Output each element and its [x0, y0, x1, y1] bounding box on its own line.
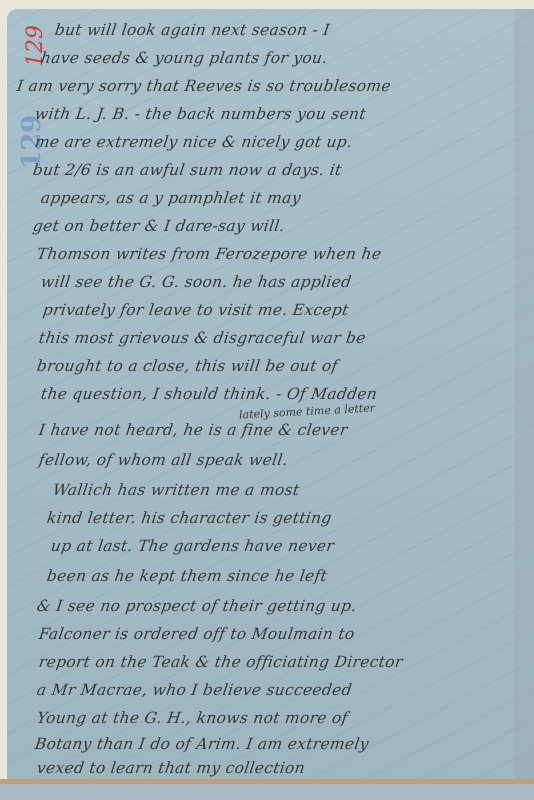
text-line: Botany than I do of Arim. I am extremely	[34, 735, 370, 753]
text-line: & I see no prospect of their getting up.	[36, 597, 358, 615]
page-edge-shadow	[515, 9, 534, 779]
text-line: Falconer is ordered off to Moulmain to	[38, 625, 356, 643]
text-line: report on the Teak & the officiating Dir…	[38, 653, 404, 671]
text-line: the question, I should think. - Of Madde…	[40, 385, 379, 403]
text-line: Wallich has written me a most	[52, 481, 301, 499]
text-line: but 2/6 is an awful sum now a days. it	[32, 161, 343, 179]
text-line: with L. J. B. - the back numbers you sen…	[34, 105, 367, 123]
text-line: kind letter. his character is getting	[46, 509, 333, 527]
text-line: privately for leave to visit me. Except	[42, 301, 350, 319]
text-line: vexed to learn that my collection	[36, 759, 307, 777]
text-line: a Mr Macrae, who I believe succeeded	[36, 681, 353, 699]
text-line: up at last. The gardens have never	[50, 537, 336, 555]
text-line: Young at the G. H., knows not more of	[36, 709, 349, 727]
text-line: have seeds & young plants for you.	[40, 49, 329, 67]
text-line: but will look again next season - I	[54, 21, 331, 39]
manuscript-page: 129 129 but will look again next season …	[7, 9, 534, 779]
text-line: brought to a close, this will be out of	[36, 357, 339, 375]
text-line: appears, as a y pamphlet it may	[40, 189, 302, 207]
next-page-edge	[0, 784, 534, 800]
text-line: been as he kept them since he left	[46, 567, 329, 585]
text-line: I am very sorry that Reeves is so troubl…	[16, 77, 392, 95]
text-line: get on better & I dare-say will.	[32, 217, 286, 235]
text-line: I have not heard, he is a fine & clever	[38, 421, 349, 439]
text-line: fellow, of whom all speak well.	[38, 451, 289, 469]
text-line: this most grievous & disgraceful war be	[38, 329, 367, 347]
text-line: me are extremely nice & nicely got up.	[34, 133, 354, 151]
interlinear-insertion: lately some time a letter	[239, 401, 376, 421]
text-line: Thomson writes from Ferozepore when he	[36, 245, 383, 263]
text-line: will see the G. G. soon. he has applied	[40, 273, 353, 291]
